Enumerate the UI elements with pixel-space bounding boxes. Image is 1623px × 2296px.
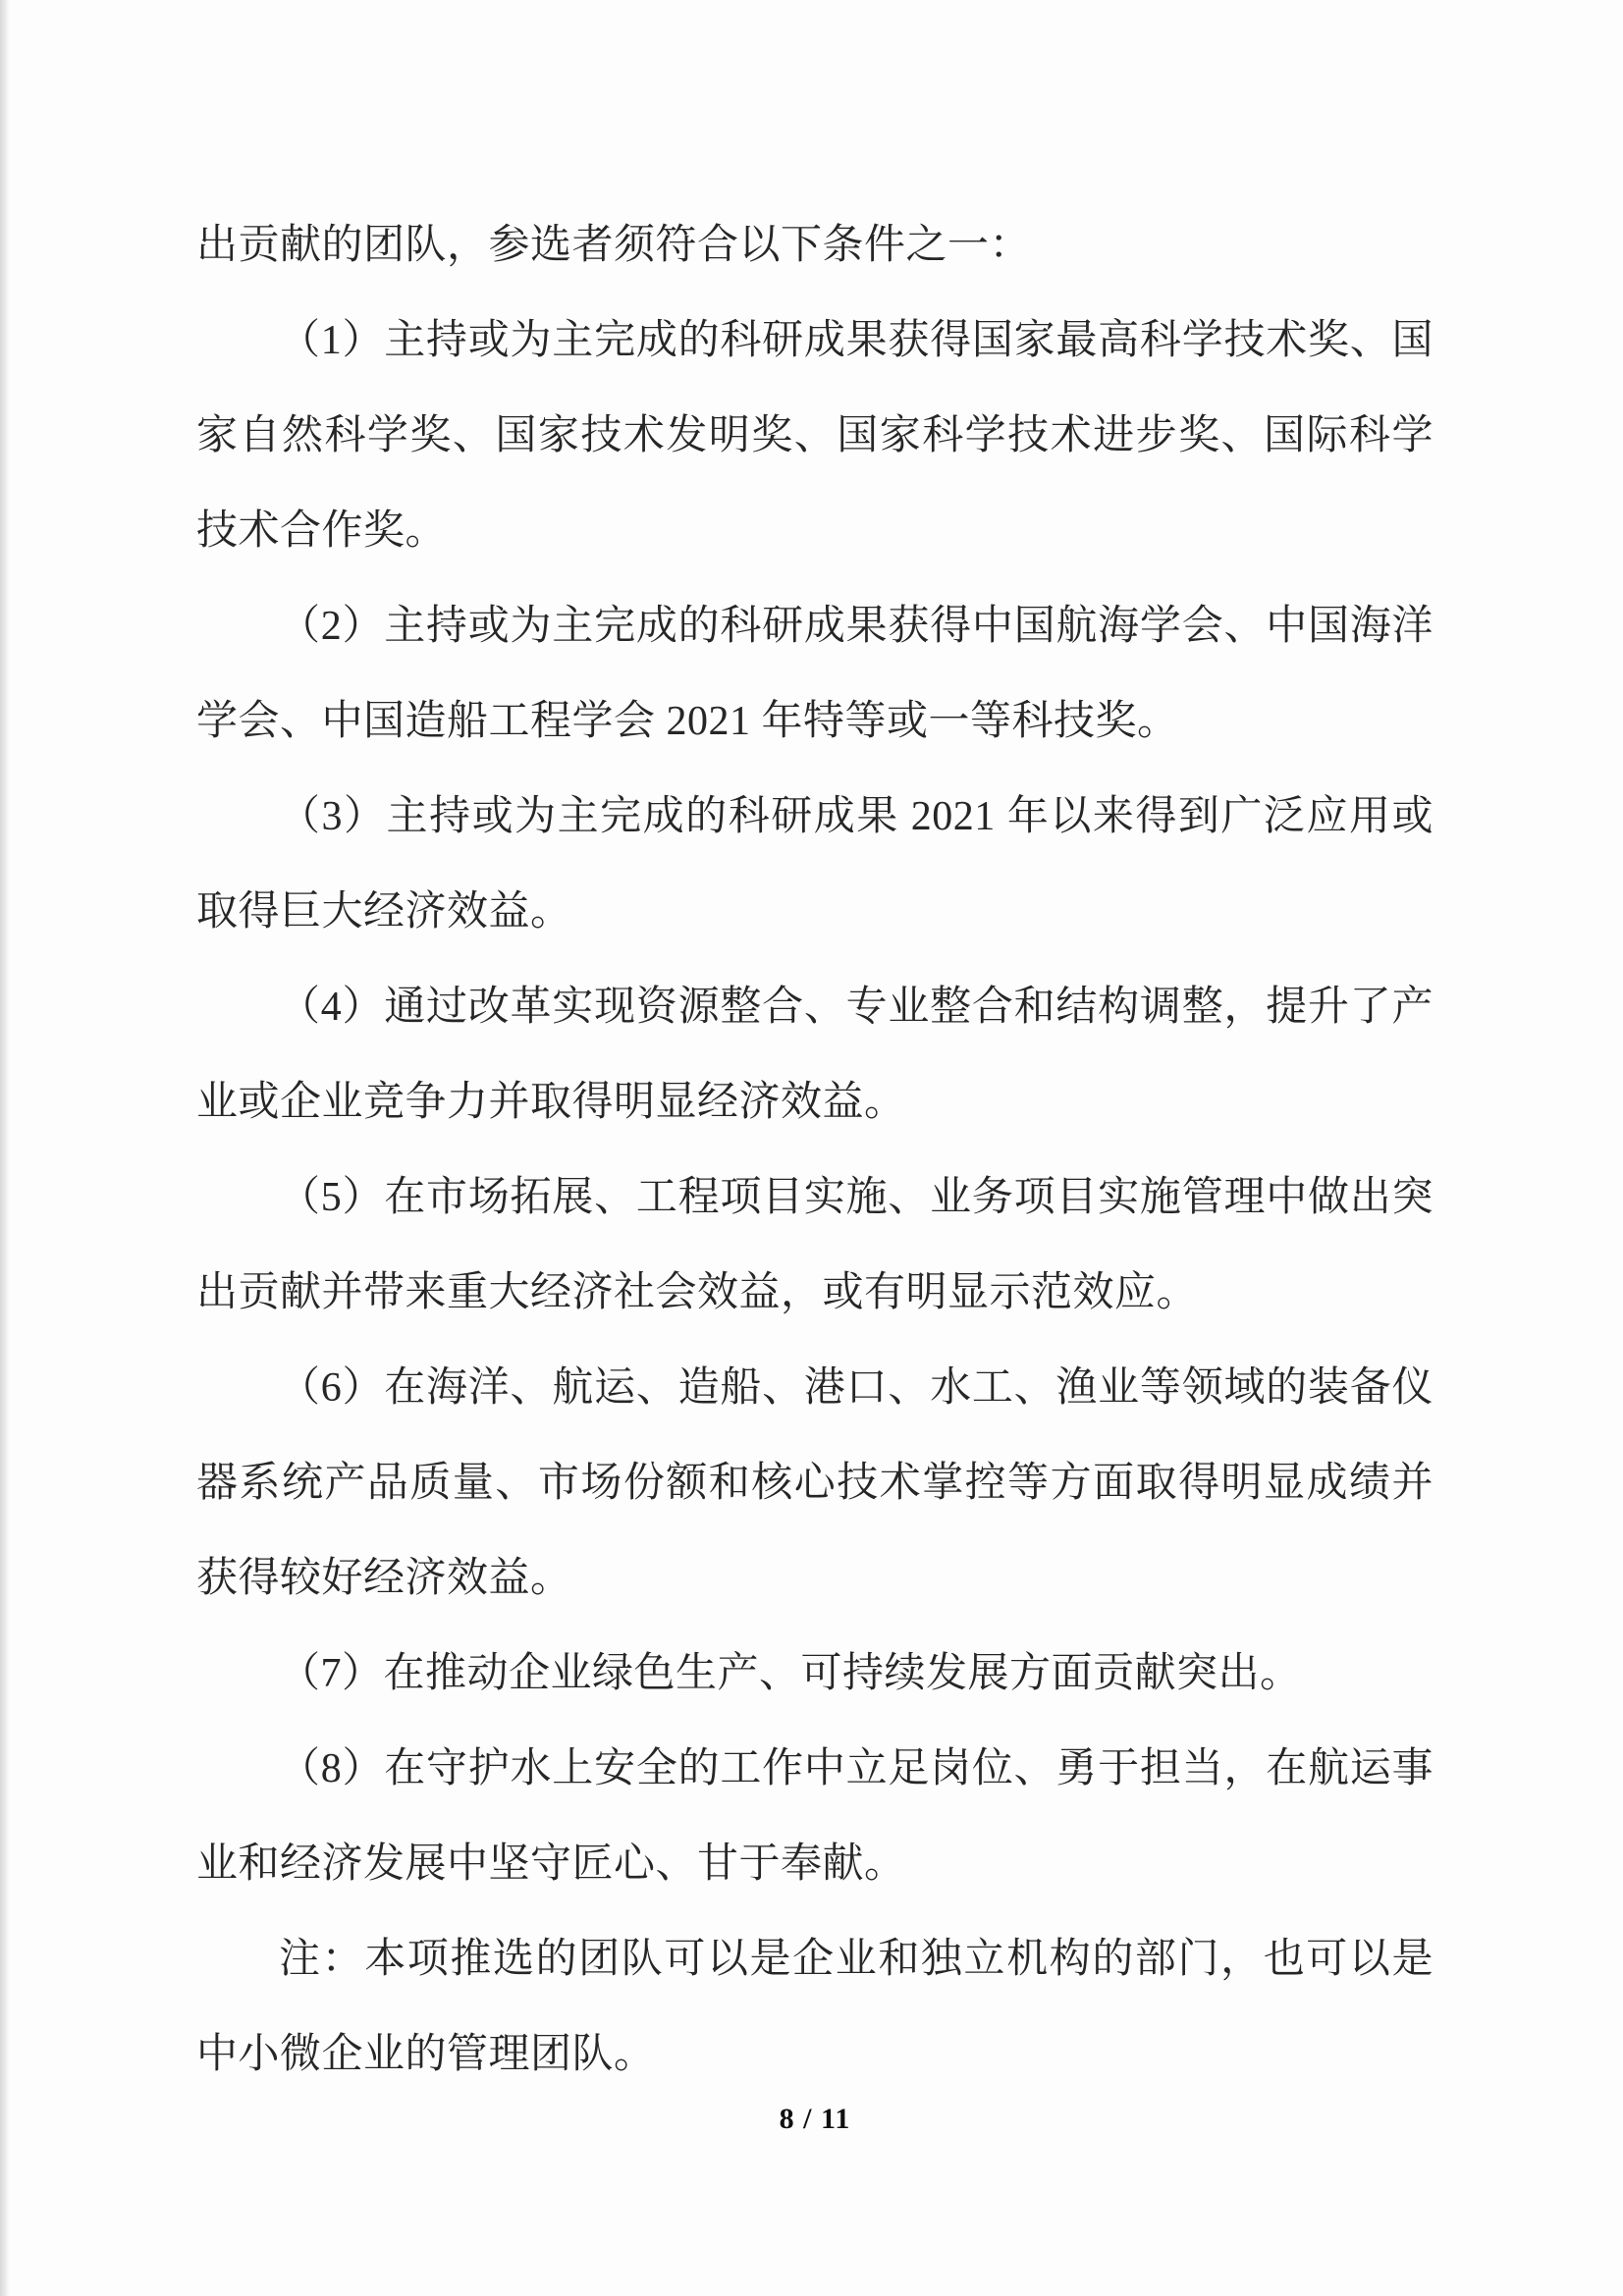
paragraph-condition-5: （5）在市场拓展、工程项目实施、业务项目实施管理中做出突出贡献并带来重大经济社会… <box>196 1150 1434 1341</box>
paragraph-condition-2: （2）主持或为主完成的科研成果获得中国航海学会、中国海洋学会、中国造船工程学会 … <box>196 579 1434 770</box>
paragraph-condition-6: （6）在海洋、航运、造船、港口、水工、渔业等领域的装备仪器系统产品质量、市场份额… <box>196 1341 1434 1627</box>
paragraph-condition-4: （4）通过改革实现资源整合、专业整合和结构调整，提升了产业或企业竞争力并取得明显… <box>196 960 1434 1150</box>
scan-edge-artifact <box>0 0 10 2296</box>
document-page: 出贡献的团队，参选者须符合以下条件之一： （1）主持或为主完成的科研成果获得国家… <box>0 0 1623 2296</box>
paragraph-condition-7: （7）在推动企业绿色生产、可持续发展方面贡献突出。 <box>196 1627 1434 1722</box>
page-number: 8 / 11 <box>780 2103 851 2135</box>
paragraph-intro: 出贡献的团队，参选者须符合以下条件之一： <box>196 198 1434 294</box>
paragraph-condition-3: （3）主持或为主完成的科研成果 2021 年以来得到广泛应用或取得巨大经济效益。 <box>196 770 1434 960</box>
document-body: 出贡献的团队，参选者须符合以下条件之一： （1）主持或为主完成的科研成果获得国家… <box>196 198 1434 2103</box>
paragraph-condition-1: （1）主持或为主完成的科研成果获得国家最高科学技术奖、国家自然科学奖、国家技术发… <box>196 294 1434 579</box>
page-footer: 8 / 11 <box>196 2103 1434 2136</box>
paragraph-condition-8: （8）在守护水上安全的工作中立足岗位、勇于担当，在航运事业和经济发展中坚守匠心、… <box>196 1722 1434 1912</box>
paragraph-note: 注：本项推选的团队可以是企业和独立机构的部门，也可以是中小微企业的管理团队。 <box>196 1912 1434 2103</box>
